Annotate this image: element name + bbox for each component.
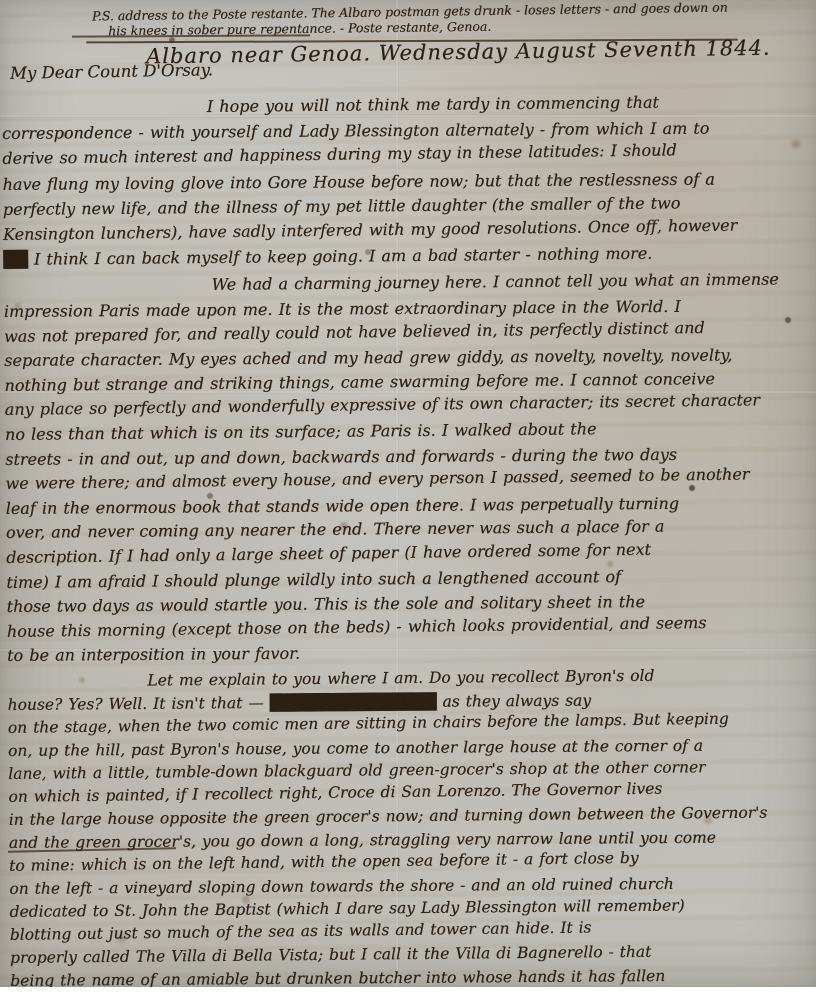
salutation: My Dear Count D'Orsay. <box>10 60 213 83</box>
paragraph-2: We had a charming journey here. I cannot… <box>3 268 815 669</box>
scan-background-strip <box>0 987 816 1000</box>
scanned-letter-image: P.S. address to the Poste restante. The … <box>0 0 816 1000</box>
paragraph-1: I hope you will not think me tardy in co… <box>2 88 812 272</box>
dateline: Albaro near Genoa. Wednesday August Seve… <box>146 36 771 69</box>
letter-page: P.S. address to the Poste restante. The … <box>0 0 816 987</box>
paragraph-3: Let me explain to you where I am. Do you… <box>7 663 816 993</box>
letter-body: I hope you will not think me tardy in co… <box>2 88 816 993</box>
postscript: P.S. address to the Poste restante. The … <box>92 0 728 38</box>
foxing-spots <box>0 0 4 4</box>
